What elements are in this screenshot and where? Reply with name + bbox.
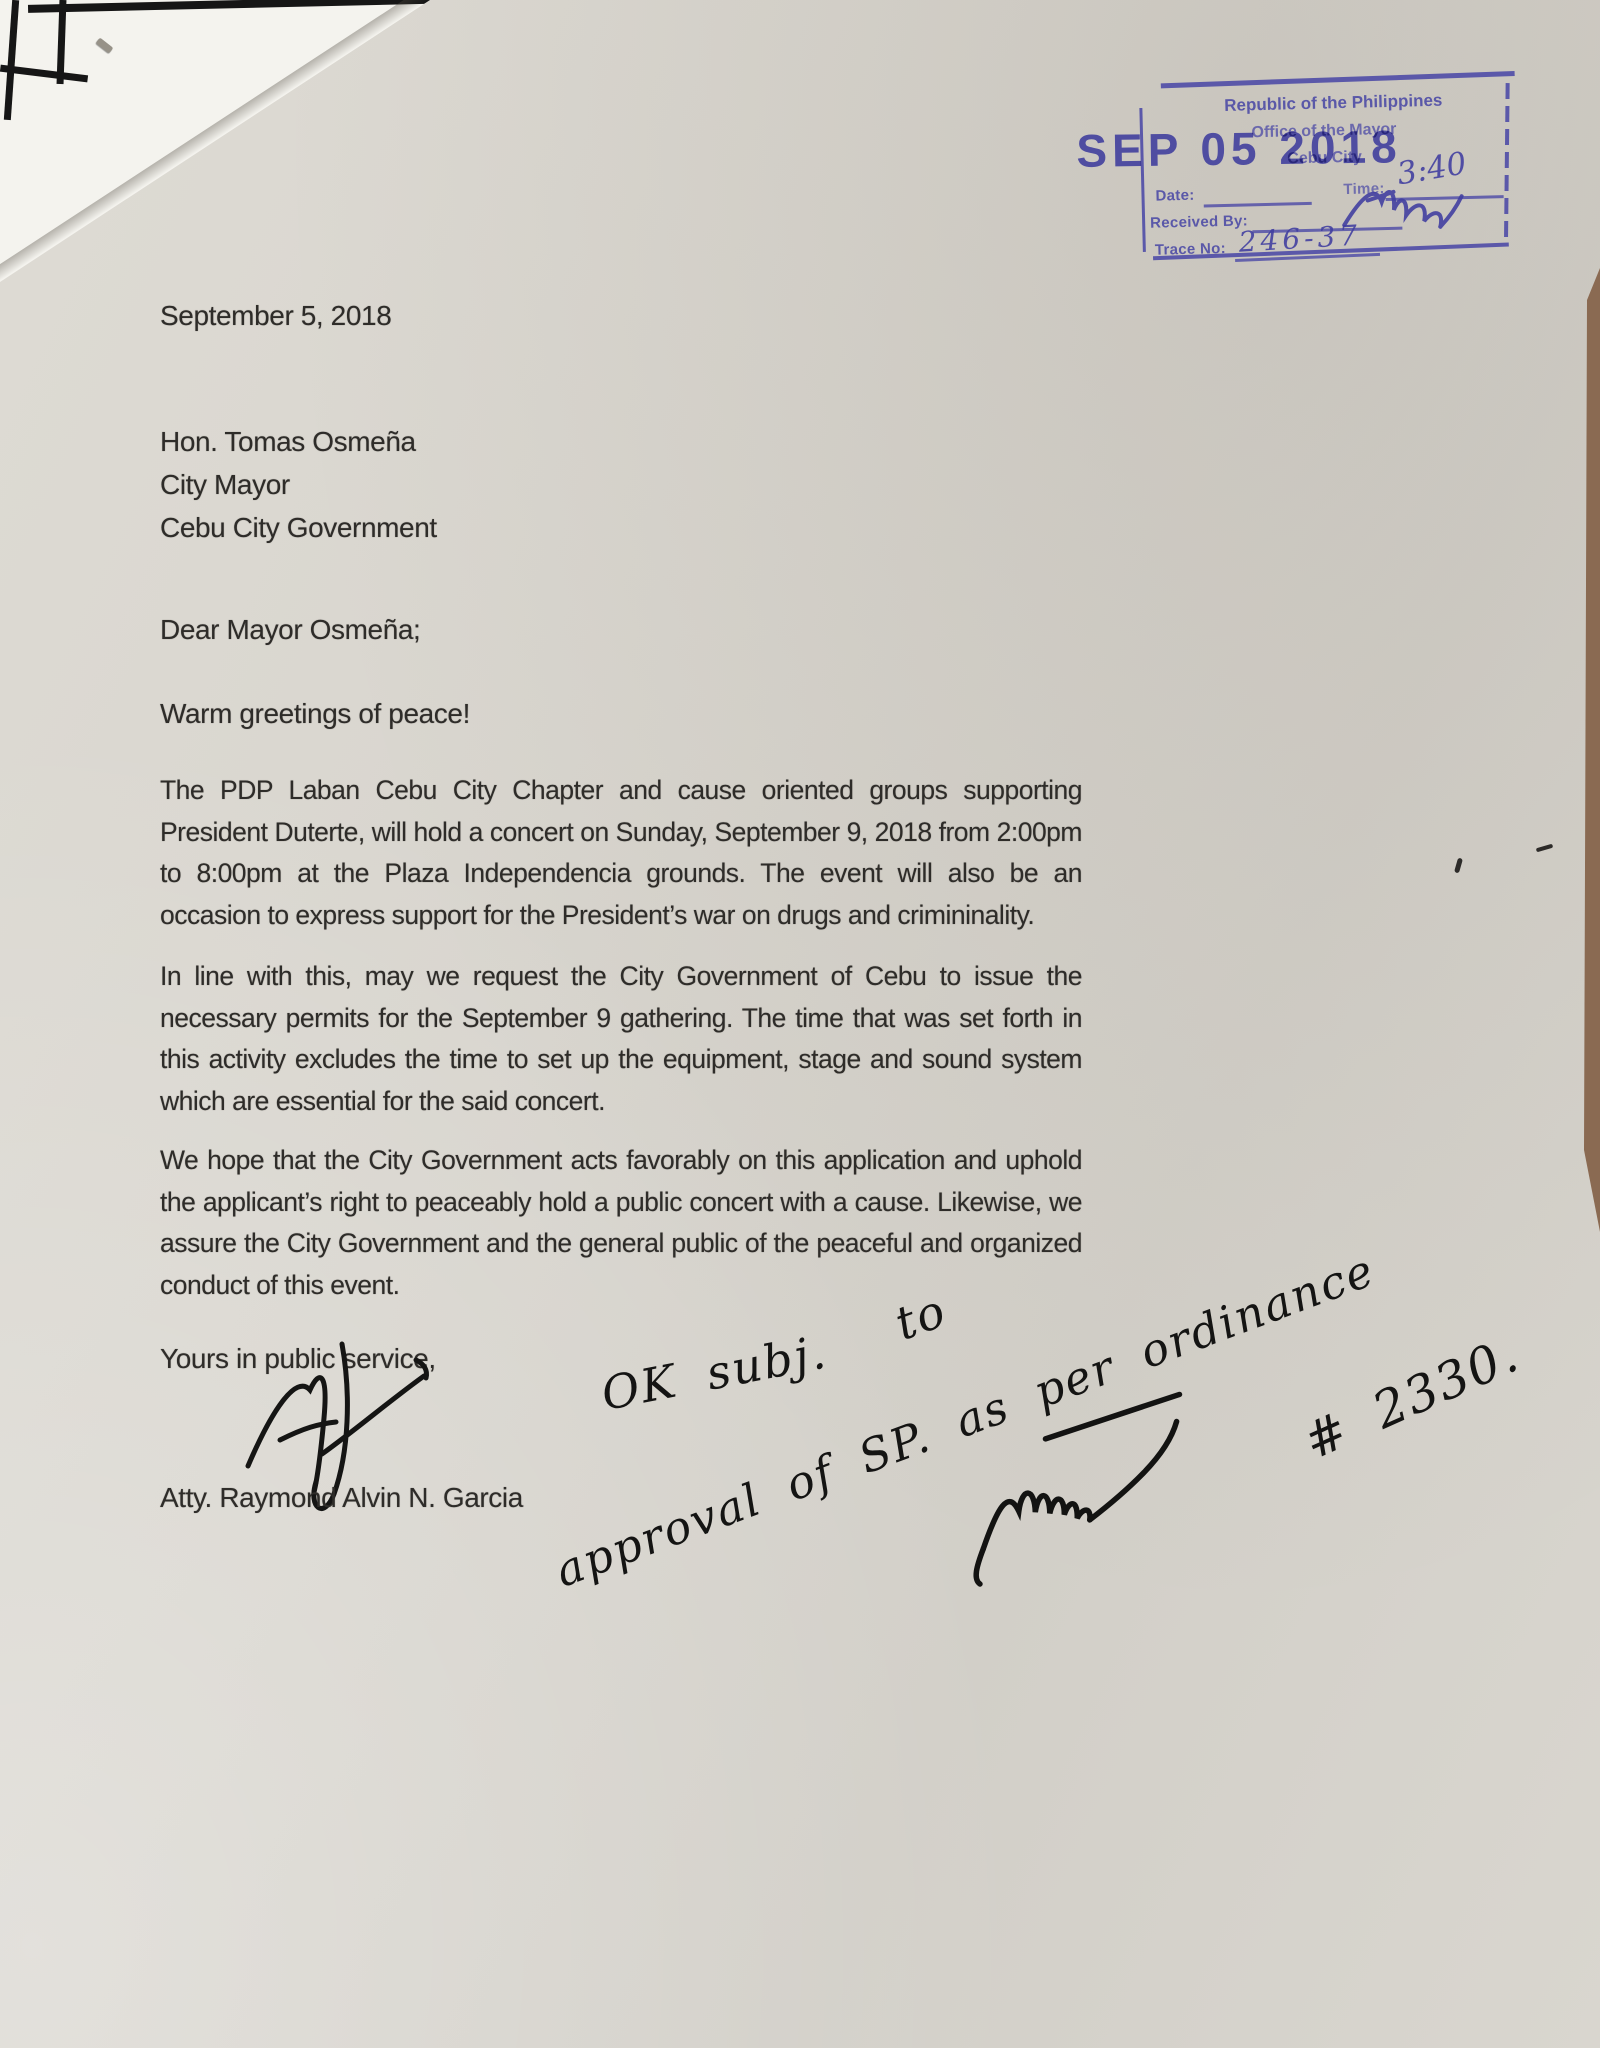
stamp-trace-no-label: Trace No: — [1155, 240, 1226, 259]
letter-date: September 5, 2018 — [160, 300, 391, 332]
table-grid-line — [4, 0, 19, 120]
greeting-line: Warm greetings of peace! — [160, 698, 470, 730]
stamp-date-label: Date: — [1155, 187, 1194, 205]
recipient-name: Hon. Tomas Osmeña — [160, 420, 416, 463]
stamp-top-border — [1161, 71, 1515, 88]
received-stamp: Republic of the Philippines Office of th… — [1073, 62, 1538, 283]
staple — [96, 38, 114, 54]
stamp-date-line — [1204, 202, 1312, 208]
body-paragraph: We hope that the City Government acts fa… — [160, 1140, 1082, 1306]
body-paragraph: In line with this, may we request the Ci… — [160, 956, 1082, 1122]
recipient-organization: Cebu City Government — [160, 506, 437, 549]
stamp-received-by-label: Received By: — [1150, 212, 1248, 231]
stamp-right-border — [1504, 83, 1510, 243]
scanned-letter: Republic of the Philippines Office of th… — [0, 0, 1600, 2048]
recipient-title: City Mayor — [160, 463, 290, 506]
body-paragraph: The PDP Laban Cebu City Chapter and caus… — [160, 770, 1082, 936]
stamp-header-text: Republic of the Philippines — [1183, 90, 1483, 117]
signatory-name: Atty. Raymond Alvin N. Garcia — [160, 1482, 523, 1514]
salutation: Dear Mayor Osmeña; — [160, 614, 420, 646]
